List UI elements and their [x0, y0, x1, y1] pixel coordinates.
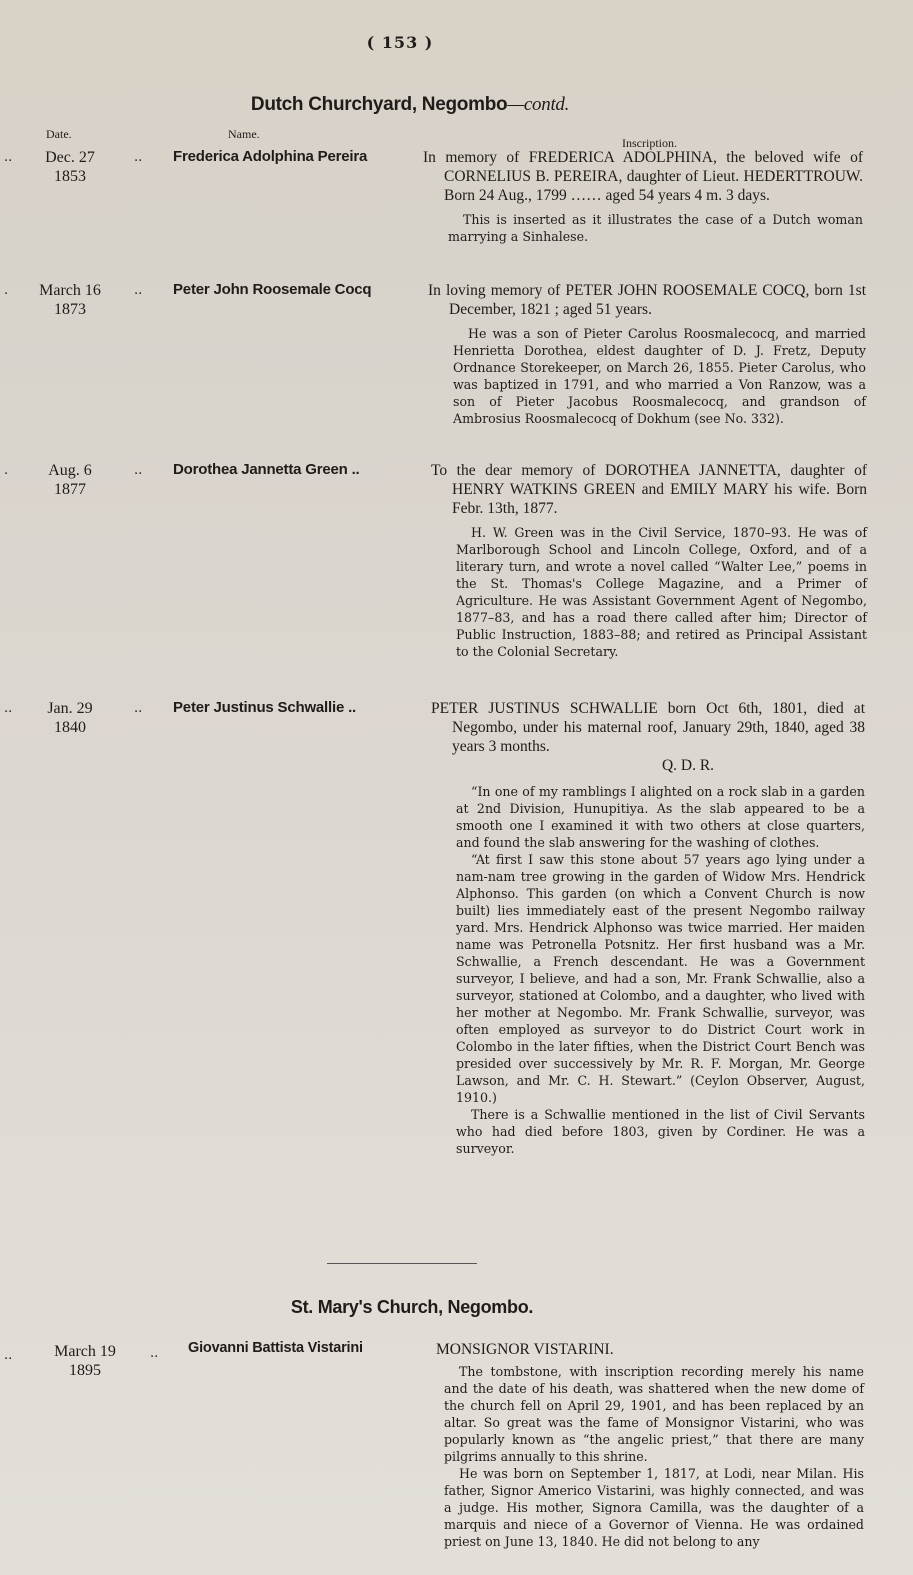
entry-inscription: MONSIGNOR VISTARINI. The tombstone, with…	[436, 1340, 864, 1550]
leader-dots: ..	[4, 1348, 12, 1363]
entry-inscription: In loving memory of PETER JOHN ROOSEMALE…	[428, 281, 866, 427]
entry-note: “In one of my ramblings I alighted on a …	[456, 783, 865, 1157]
entry-note: The tombstone, with inscription recordin…	[444, 1363, 864, 1550]
leader-dots: ..	[134, 150, 142, 165]
entry-inscription: PETER JUSTINUS SCHWALLIE born Oct 6th, 1…	[431, 699, 865, 1157]
note-paragraph: “At first I saw this stone about 57 year…	[456, 851, 865, 1106]
leader-dots: .	[4, 463, 8, 478]
entry-name: Frederica Adolphina Pereira	[173, 148, 367, 165]
inscription-footer: Q. D. R.	[431, 756, 865, 775]
entry-name: Peter Justinus Schwallie ..	[173, 699, 356, 716]
entry-inscription: To the dear memory of DOROTHEA JANNETTA,…	[431, 461, 867, 660]
date-line1: March 16	[30, 281, 110, 300]
leader-dots: .	[4, 283, 8, 298]
date-line1: Aug. 6	[30, 461, 110, 480]
entry-note: He was a son of Pieter Carolus Roosmalec…	[453, 325, 866, 427]
leader-dots: ..	[4, 701, 12, 716]
entry-date: March 161873	[30, 281, 110, 319]
entry-name: Dorothea Jannetta Green ..	[173, 461, 360, 478]
inscription-text: To the dear memory of DOROTHEA JANNETTA,…	[431, 461, 867, 518]
leader-dots: ..	[134, 701, 142, 716]
column-header-date: Date.	[46, 127, 72, 142]
date-line1: March 19	[45, 1342, 125, 1361]
note-paragraph: “In one of my ramblings I alighted on a …	[456, 783, 865, 851]
entry-note: H. W. Green was in the Civil Service, 18…	[456, 524, 867, 660]
section-title-dutch-churchyard: Dutch Churchyard, Negombo—contd.	[20, 94, 800, 116]
leader-dots: ..	[134, 463, 142, 478]
leader-dots: ..	[134, 283, 142, 298]
date-line1: Jan. 29	[30, 699, 110, 718]
section-divider	[327, 1263, 477, 1264]
page-number: ( 153 )	[0, 33, 800, 52]
note-paragraph: The tombstone, with inscription recordin…	[444, 1363, 864, 1465]
entry-date: Jan. 291840	[30, 699, 110, 737]
section-title-st-marys: St. Mary's Church, Negombo.	[22, 1297, 802, 1318]
entry-name: Giovanni Battista Vistarini	[188, 1340, 363, 1356]
entry-date: Aug. 61877	[30, 461, 110, 499]
section-title-text: Dutch Churchyard, Negombo	[251, 94, 507, 115]
date-line2: 1840	[30, 718, 110, 737]
date-line2: 1853	[30, 167, 110, 186]
entry-date: Dec. 271853	[30, 148, 110, 186]
date-line2: 1873	[30, 300, 110, 319]
entry-inscription: In memory of FREDERICA ADOLPHINA, the be…	[423, 148, 863, 245]
leader-dots: ..	[4, 150, 12, 165]
date-line1: Dec. 27	[30, 148, 110, 167]
note-paragraph: He was a son of Pieter Carolus Roosmalec…	[453, 325, 866, 427]
entry-note: This is inserted as it illustrates the c…	[448, 211, 863, 245]
date-line2: 1877	[30, 480, 110, 499]
inscription-text: In memory of FREDERICA ADOLPHINA, the be…	[423, 148, 863, 205]
leader-dots: ..	[150, 1346, 158, 1361]
entry-name: Peter John Roosemale Cocq	[173, 281, 371, 298]
column-header-name: Name.	[228, 127, 260, 142]
note-paragraph: There is a Schwallie mentioned in the li…	[456, 1106, 865, 1157]
inscription-text: In loving memory of PETER JOHN ROOSEMALE…	[428, 281, 866, 319]
date-line2: 1895	[45, 1361, 125, 1380]
inscription-text: MONSIGNOR VISTARINI.	[436, 1340, 864, 1359]
section-title-suffix: —contd.	[507, 94, 569, 115]
inscription-text: PETER JUSTINUS SCHWALLIE born Oct 6th, 1…	[431, 699, 865, 756]
note-paragraph: He was born on September 1, 1817, at Lod…	[444, 1465, 864, 1550]
note-paragraph: This is inserted as it illustrates the c…	[448, 211, 863, 245]
note-paragraph: H. W. Green was in the Civil Service, 18…	[456, 524, 867, 660]
entry-date: March 191895	[45, 1342, 125, 1380]
